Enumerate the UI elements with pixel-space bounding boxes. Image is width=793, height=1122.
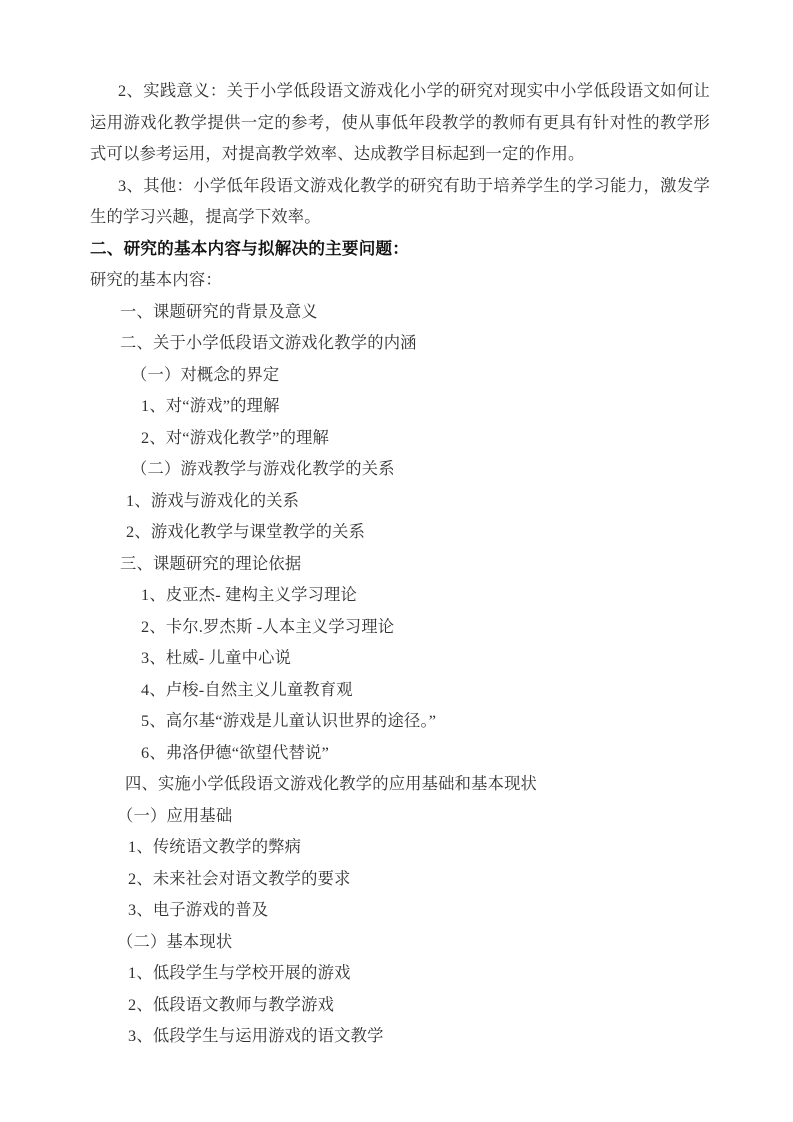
outline-item: 2、对“游戏化教学”的理解 [90, 422, 710, 454]
document-page: 2、实践意义：关于小学低段语文游戏化小学的研究对现实中小学低段语文如何让运用游戏… [0, 0, 793, 1122]
outline-item: 四、实施小学低段语文游戏化教学的应用基础和基本现状 [90, 768, 710, 800]
outline-item: 2、低段语文教师与教学游戏 [90, 989, 710, 1021]
section-heading: 二、研究的基本内容与拟解决的主要问题： [90, 233, 710, 265]
outline-list: 一、课题研究的背景及意义二、关于小学低段语文游戏化教学的内涵（一）对概念的界定1… [90, 296, 710, 1052]
outline-item: 2、未来社会对语文教学的要求 [90, 863, 710, 895]
outline-item: 1、游戏与游戏化的关系 [90, 485, 710, 517]
document-content: 2、实践意义：关于小学低段语文游戏化小学的研究对现实中小学低段语文如何让运用游戏… [90, 75, 710, 1052]
outline-item: 5、高尔基“游戏是儿童认识世界的途径。” [90, 705, 710, 737]
outline-item: 1、低段学生与学校开展的游戏 [90, 957, 710, 989]
outline-item: 3、电子游戏的普及 [90, 894, 710, 926]
outline-item: 2、卡尔.罗杰斯 -人本主义学习理论 [90, 611, 710, 643]
outline-item: 三、课题研究的理论依据 [90, 548, 710, 580]
paragraph-other-significance: 3、其他：小学低年段语文游戏化教学的研究有助于培养学生的学习能力，激发学生的学习… [90, 170, 710, 233]
outline-item: 4、卢梭-自然主义儿童教育观 [90, 674, 710, 706]
outline-item: 3、杜威- 儿童中心说 [90, 642, 710, 674]
outline-item: 1、皮亚杰- 建构主义学习理论 [90, 579, 710, 611]
outline-item: 6、弗洛伊德“欲望代替说” [90, 737, 710, 769]
outline-item: （一）应用基础 [90, 800, 710, 832]
outline-item: （二）游戏教学与游戏化教学的关系 [90, 453, 710, 485]
outline-item: 3、低段学生与运用游戏的语文教学 [90, 1020, 710, 1052]
outline-item: 1、对“游戏”的理解 [90, 390, 710, 422]
outline-item: 二、关于小学低段语文游戏化教学的内涵 [90, 327, 710, 359]
outline-item: 1、传统语文教学的弊病 [90, 831, 710, 863]
outline-item: （一）对概念的界定 [90, 359, 710, 391]
outline-item: 2、游戏化教学与课堂教学的关系 [90, 516, 710, 548]
subheading-basic-content: 研究的基本内容： [90, 264, 710, 296]
outline-item: 一、课题研究的背景及意义 [90, 296, 710, 328]
outline-item: （二）基本现状 [90, 926, 710, 958]
paragraph-practical-significance: 2、实践意义：关于小学低段语文游戏化小学的研究对现实中小学低段语文如何让运用游戏… [90, 75, 710, 170]
